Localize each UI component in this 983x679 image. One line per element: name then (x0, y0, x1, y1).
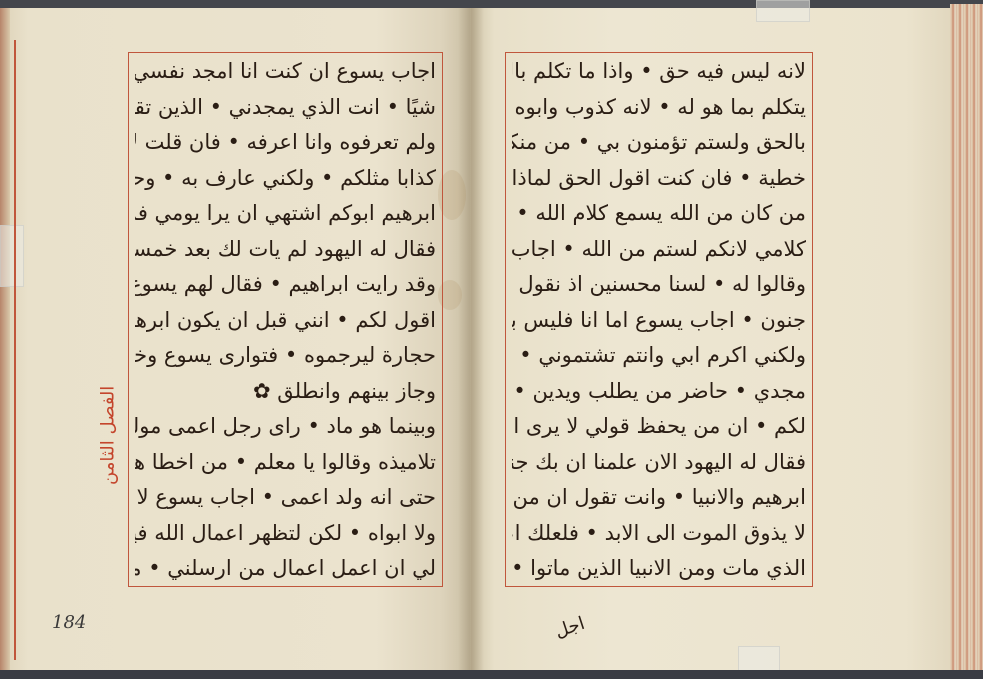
text-line: لي ان اعمل اعمال من ارسلني • ما دام النه… (135, 554, 436, 582)
text-line: لا يذوق الموت الى الابد • فلعلك اعظم من … (512, 519, 806, 547)
text-line: الذي مات ومن الانبيا الذين ماتوا • من تج… (512, 554, 806, 582)
text-line: ابرهيم والانبيا • وانت تقول ان من يحفظ ق… (512, 483, 806, 511)
text-line: حجارة ليرجموه • فتوارى يسوع وخرج من الهي… (135, 341, 436, 369)
book-gutter (458, 8, 484, 670)
text-line: وقد رايت ابراهيم • فقال لهم يسوع الحق ال… (135, 270, 436, 298)
text-line: جنون • اجاب يسوع اما انا فليس بي جنون • (512, 306, 806, 334)
text-line: كلامي لانكم لستم من الله • اجاب اليهود (512, 235, 806, 263)
folio-number: 184 (52, 612, 86, 633)
text-line: شيًا • انت الذي يمجدني • الذين تقولون ان… (135, 93, 436, 121)
text-line: يتكلم بما هو له • لانه كذوب وابوه • فاما… (512, 93, 806, 121)
top-background (0, 0, 983, 8)
text-line: لكم • ان من يحفظ قولي لا يرى الموت الى ا… (512, 412, 806, 440)
left-page-edge (0, 8, 10, 670)
text-line: حتى انه ولد اعمى • اجاب يسوع لا هو اخطا (135, 483, 436, 511)
repair-tape (738, 646, 780, 672)
text-line: تلاميذه وقالوا يا معلم • من اخطا هذا ام … (135, 448, 436, 476)
text-line: وبينما هو ماد • راى رجل اعمى مولودا • فس… (135, 412, 436, 440)
text-line: ولكني اكرم ابي وانتم تشتموني • وانا لست … (512, 341, 806, 369)
repair-tape (0, 225, 24, 287)
text-line: اقول لكم • انني قبل ان يكون ابرهيم • فاخ… (135, 306, 436, 334)
text-line: وجاز بينهم وانطلق ✿ (135, 377, 436, 405)
text-line: فقال له اليهود لم يات لك بعد خمسون سنه (135, 235, 436, 263)
text-line: من كان من الله يسمع كلام الله • ولذلك لس… (512, 199, 806, 227)
text-line: خطية • فان كنت اقول الحق لماذا لم تؤمنوا… (512, 164, 806, 192)
open-manuscript: اجاب يسوع ان كنت انا امجد نفسي • ليس مجد… (0, 0, 983, 679)
bottom-background (0, 670, 983, 679)
right-text-block: لانه ليس فيه حق • واذا ما تكلم بالكذب • … (512, 57, 806, 582)
text-line: ولم تعرفوه وانا اعرفه • فان قلت لا اعرفه… (135, 128, 436, 156)
text-line: وقالوا له • لسنا محسنين اذ نقول انك سامر… (512, 270, 806, 298)
margin-rule (14, 40, 16, 660)
left-text-frame: اجاب يسوع ان كنت انا امجد نفسي • ليس مجد… (128, 52, 443, 587)
text-line: ابرهيم ابوكم اشتهي ان يرا يومي فراى وفرح (135, 199, 436, 227)
text-line: اجاب يسوع ان كنت انا امجد نفسي • ليس مجد… (135, 57, 436, 85)
text-line: ولا ابواه • لكن لتظهر اعمال الله فيه • ي… (135, 519, 436, 547)
right-text-frame: لانه ليس فيه حق • واذا ما تكلم بالكذب • … (505, 52, 813, 587)
text-line: كذابا مثلكم • ولكني عارف به • وحافظ لقول… (135, 164, 436, 192)
text-line: بالحق ولستم تؤمنون بي • من منكم يوبخني ع… (512, 128, 806, 156)
left-text-block: اجاب يسوع ان كنت انا امجد نفسي • ليس مجد… (135, 57, 436, 582)
text-line: فقال له اليهود الان علمنا ان بك جنونا • … (512, 448, 806, 476)
text-line: لانه ليس فيه حق • واذا ما تكلم بالكذب • … (512, 57, 806, 85)
marginal-chapter-heading: الفصل الثامن (88, 330, 128, 540)
text-line: مجدي • حاضر من يطلب ويدين • الحق الحق اق… (512, 377, 806, 405)
page-stack-edge (950, 4, 983, 674)
repair-tape (756, 0, 810, 22)
